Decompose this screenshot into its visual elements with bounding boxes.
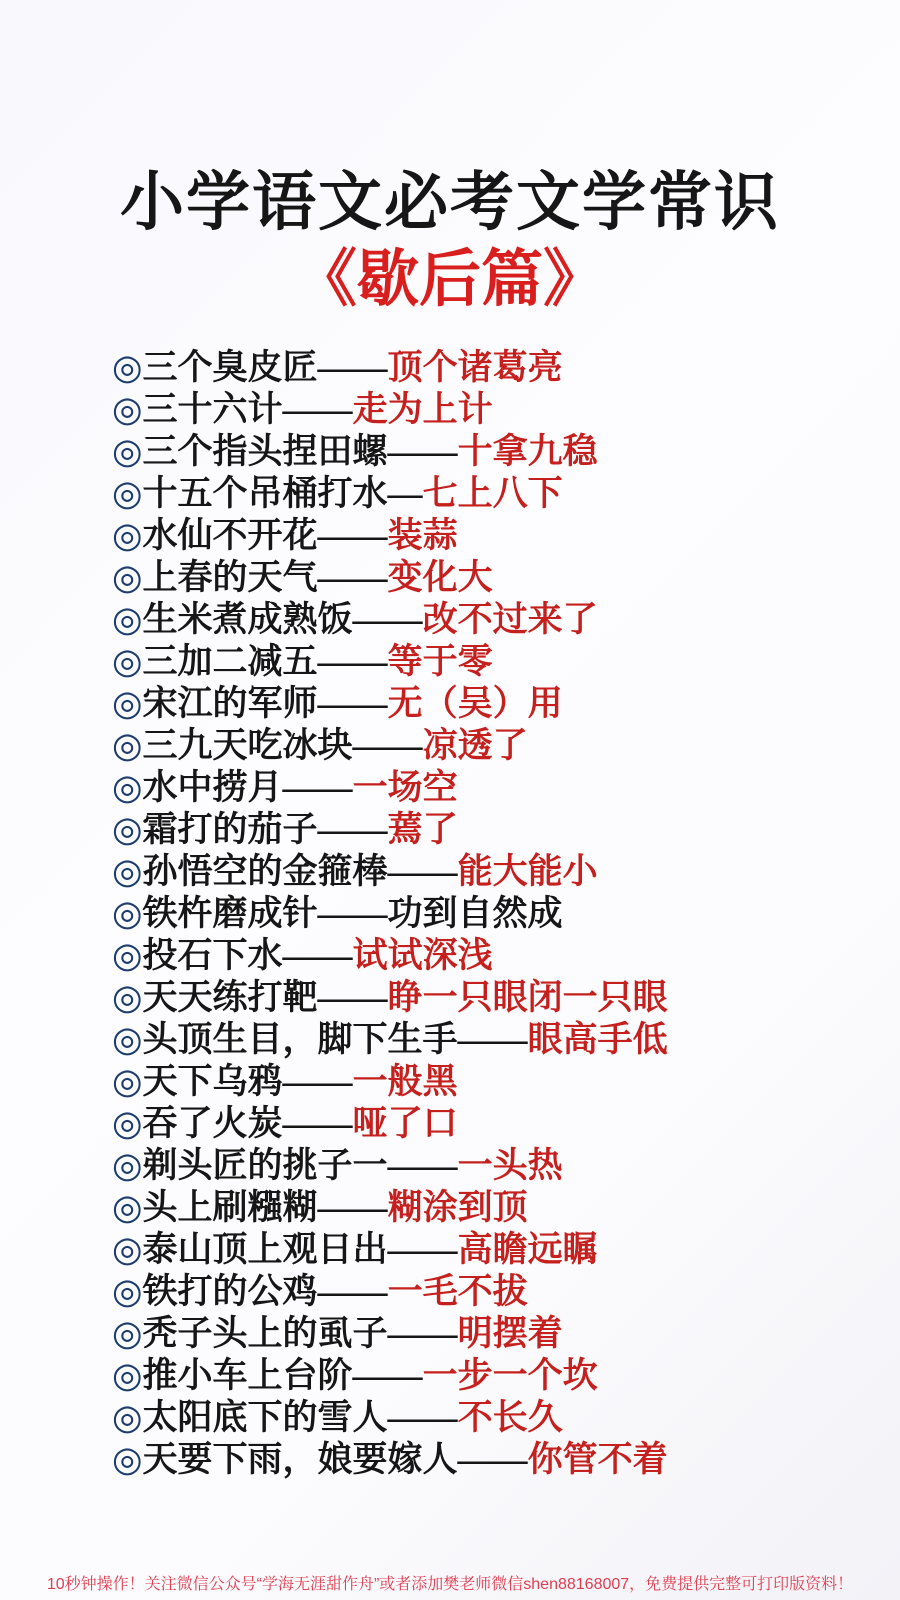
saying-question: 铁杵磨成针——功到自然成 — [143, 894, 563, 933]
saying-question: 头上刷糨糊—— — [143, 1188, 388, 1227]
saying-question: 十五个吊桶打水— — [143, 474, 423, 513]
saying-answer: 哑了口 — [353, 1104, 458, 1143]
bullseye-bullet-icon: ◎ — [112, 1020, 143, 1059]
saying-answer: 你管不着 — [528, 1440, 668, 1479]
saying-answer: 明摆着 — [458, 1314, 563, 1353]
list-item: ◎三九天吃冰块——凉透了 — [112, 725, 900, 767]
saying-question: 铁打的公鸡—— — [143, 1272, 388, 1311]
saying-question: 宋江的军师—— — [143, 684, 388, 723]
bullseye-bullet-icon: ◎ — [112, 1398, 143, 1437]
bullseye-bullet-icon: ◎ — [112, 1230, 143, 1269]
list-item: ◎天天练打靶——睁一只眼闭一只眼 — [112, 977, 900, 1019]
saying-answer: 睁一只眼闭一只眼 — [388, 978, 668, 1017]
bullseye-bullet-icon: ◎ — [112, 810, 143, 849]
list-item: ◎水中捞月——一场空 — [112, 767, 900, 809]
saying-answer: 凉透了 — [423, 726, 528, 765]
saying-question: 三加二减五—— — [143, 642, 388, 681]
list-item: ◎头顶生目，脚下生手——眼高手低 — [112, 1019, 900, 1061]
list-item: ◎宋江的军师——无（吴）用 — [112, 683, 900, 725]
bullseye-bullet-icon: ◎ — [112, 978, 143, 1017]
saying-answer: 七上八下 — [423, 474, 563, 513]
saying-question: 霜打的茄子—— — [143, 810, 388, 849]
bullseye-bullet-icon: ◎ — [112, 684, 143, 723]
saying-question: 投石下水—— — [143, 936, 353, 975]
bullseye-bullet-icon: ◎ — [112, 516, 143, 555]
saying-question: 天天练打靶—— — [143, 978, 388, 1017]
list-item: ◎三十六计——走为上计 — [112, 389, 900, 431]
saying-answer: 高瞻远瞩 — [458, 1230, 598, 1269]
saying-answer: 能大能小 — [458, 852, 598, 891]
bullseye-bullet-icon: ◎ — [112, 768, 143, 807]
saying-answer: 糊涂到顶 — [388, 1188, 528, 1227]
saying-question: 太阳底下的雪人—— — [143, 1398, 458, 1437]
bullseye-bullet-icon: ◎ — [112, 1356, 143, 1395]
bullseye-bullet-icon: ◎ — [112, 474, 143, 513]
saying-answer: 等于零 — [388, 642, 493, 681]
list-item: ◎天要下雨，娘要嫁人——你管不着 — [112, 1439, 900, 1481]
bullseye-bullet-icon: ◎ — [112, 852, 143, 891]
page-subtitle: 《歇后篇》 — [0, 248, 900, 313]
list-item: ◎泰山顶上观日出——高瞻远瞩 — [112, 1229, 900, 1271]
bullseye-bullet-icon: ◎ — [112, 1188, 143, 1227]
saying-answer: 一毛不拔 — [388, 1272, 528, 1311]
bullseye-bullet-icon: ◎ — [112, 726, 143, 765]
saying-question: 头顶生目，脚下生手—— — [143, 1020, 528, 1059]
list-item: ◎吞了火炭——哑了口 — [112, 1103, 900, 1145]
saying-question: 生米煮成熟饭—— — [143, 600, 423, 639]
saying-question: 泰山顶上观日出—— — [143, 1230, 458, 1269]
list-item: ◎生米煮成熟饭——改不过来了 — [112, 599, 900, 641]
saying-question: 孙悟空的金箍棒—— — [143, 852, 458, 891]
saying-question: 天要下雨，娘要嫁人—— — [143, 1440, 528, 1479]
saying-question: 推小车上台阶—— — [143, 1356, 423, 1395]
list-item: ◎铁杵磨成针——功到自然成 — [112, 893, 900, 935]
bullseye-bullet-icon: ◎ — [112, 1314, 143, 1353]
page-title: 小学语文必考文学常识 — [0, 168, 900, 238]
saying-question: 水中捞月—— — [143, 768, 353, 807]
saying-answer: 试试深浅 — [353, 936, 493, 975]
saying-question: 三十六计—— — [143, 390, 353, 429]
saying-question: 三九天吃冰块—— — [143, 726, 423, 765]
list-item: ◎三加二减五——等于零 — [112, 641, 900, 683]
saying-answer: 蔫了 — [388, 810, 458, 849]
footer-note: 10秒钟操作！关注微信公众号“学海无涯甜作舟”或者添加樊老师微信shen8816… — [0, 1571, 900, 1594]
list-item: ◎孙悟空的金箍棒——能大能小 — [112, 851, 900, 893]
bullseye-bullet-icon: ◎ — [112, 600, 143, 639]
saying-question: 上春的天气—— — [143, 558, 388, 597]
bullseye-bullet-icon: ◎ — [112, 1272, 143, 1311]
saying-answer: 改不过来了 — [423, 600, 598, 639]
saying-answer: 一场空 — [353, 768, 458, 807]
saying-answer: 一步一个坎 — [423, 1356, 598, 1395]
saying-answer: 十拿九稳 — [458, 432, 598, 471]
saying-question: 天下乌鸦—— — [143, 1062, 353, 1101]
saying-question: 秃子头上的虱子—— — [143, 1314, 458, 1353]
bullseye-bullet-icon: ◎ — [112, 642, 143, 681]
list-item: ◎霜打的茄子——蔫了 — [112, 809, 900, 851]
bullseye-bullet-icon: ◎ — [112, 1146, 143, 1185]
bullseye-bullet-icon: ◎ — [112, 432, 143, 471]
saying-question: 吞了火炭—— — [143, 1104, 353, 1143]
saying-list: ◎三个臭皮匠——顶个诸葛亮 ◎三十六计——走为上计 ◎三个指头捏田螺——十拿九稳… — [112, 347, 900, 1481]
bullseye-bullet-icon: ◎ — [112, 1104, 143, 1143]
bullseye-bullet-icon: ◎ — [112, 894, 143, 933]
saying-question: 水仙不开花—— — [143, 516, 388, 555]
saying-answer: 眼高手低 — [528, 1020, 668, 1059]
list-item: ◎头上刷糨糊——糊涂到顶 — [112, 1187, 900, 1229]
bullseye-bullet-icon: ◎ — [112, 936, 143, 975]
saying-answer: 走为上计 — [353, 390, 493, 429]
bullseye-bullet-icon: ◎ — [112, 1062, 143, 1101]
saying-answer: 装蒜 — [388, 516, 458, 555]
list-item: ◎秃子头上的虱子——明摆着 — [112, 1313, 900, 1355]
list-item: ◎推小车上台阶——一步一个坎 — [112, 1355, 900, 1397]
list-item: ◎三个臭皮匠——顶个诸葛亮 — [112, 347, 900, 389]
list-item: ◎十五个吊桶打水—七上八下 — [112, 473, 900, 515]
list-item: ◎上春的天气——变化大 — [112, 557, 900, 599]
saying-answer: 顶个诸葛亮 — [388, 348, 563, 387]
list-item: ◎铁打的公鸡——一毛不拔 — [112, 1271, 900, 1313]
saying-question: 剃头匠的挑子一—— — [143, 1146, 458, 1185]
saying-answer: 无（吴）用 — [388, 684, 563, 723]
list-item: ◎剃头匠的挑子一——一头热 — [112, 1145, 900, 1187]
list-item: ◎投石下水——试试深浅 — [112, 935, 900, 977]
bullseye-bullet-icon: ◎ — [112, 348, 143, 387]
saying-answer: 一头热 — [458, 1146, 563, 1185]
saying-answer: 一般黑 — [353, 1062, 458, 1101]
list-item: ◎太阳底下的雪人——不长久 — [112, 1397, 900, 1439]
list-item: ◎水仙不开花——装蒜 — [112, 515, 900, 557]
saying-answer: 不长久 — [458, 1398, 563, 1437]
bullseye-bullet-icon: ◎ — [112, 1440, 143, 1479]
bullseye-bullet-icon: ◎ — [112, 558, 143, 597]
saying-question: 三个臭皮匠—— — [143, 348, 388, 387]
bullseye-bullet-icon: ◎ — [112, 390, 143, 429]
handout-page: { "page": { "title": "小学语文必考文学常识", "subt… — [0, 0, 900, 1600]
list-item: ◎天下乌鸦——一般黑 — [112, 1061, 900, 1103]
list-item: ◎三个指头捏田螺——十拿九稳 — [112, 431, 900, 473]
saying-question: 三个指头捏田螺—— — [143, 432, 458, 471]
saying-answer: 变化大 — [388, 558, 493, 597]
